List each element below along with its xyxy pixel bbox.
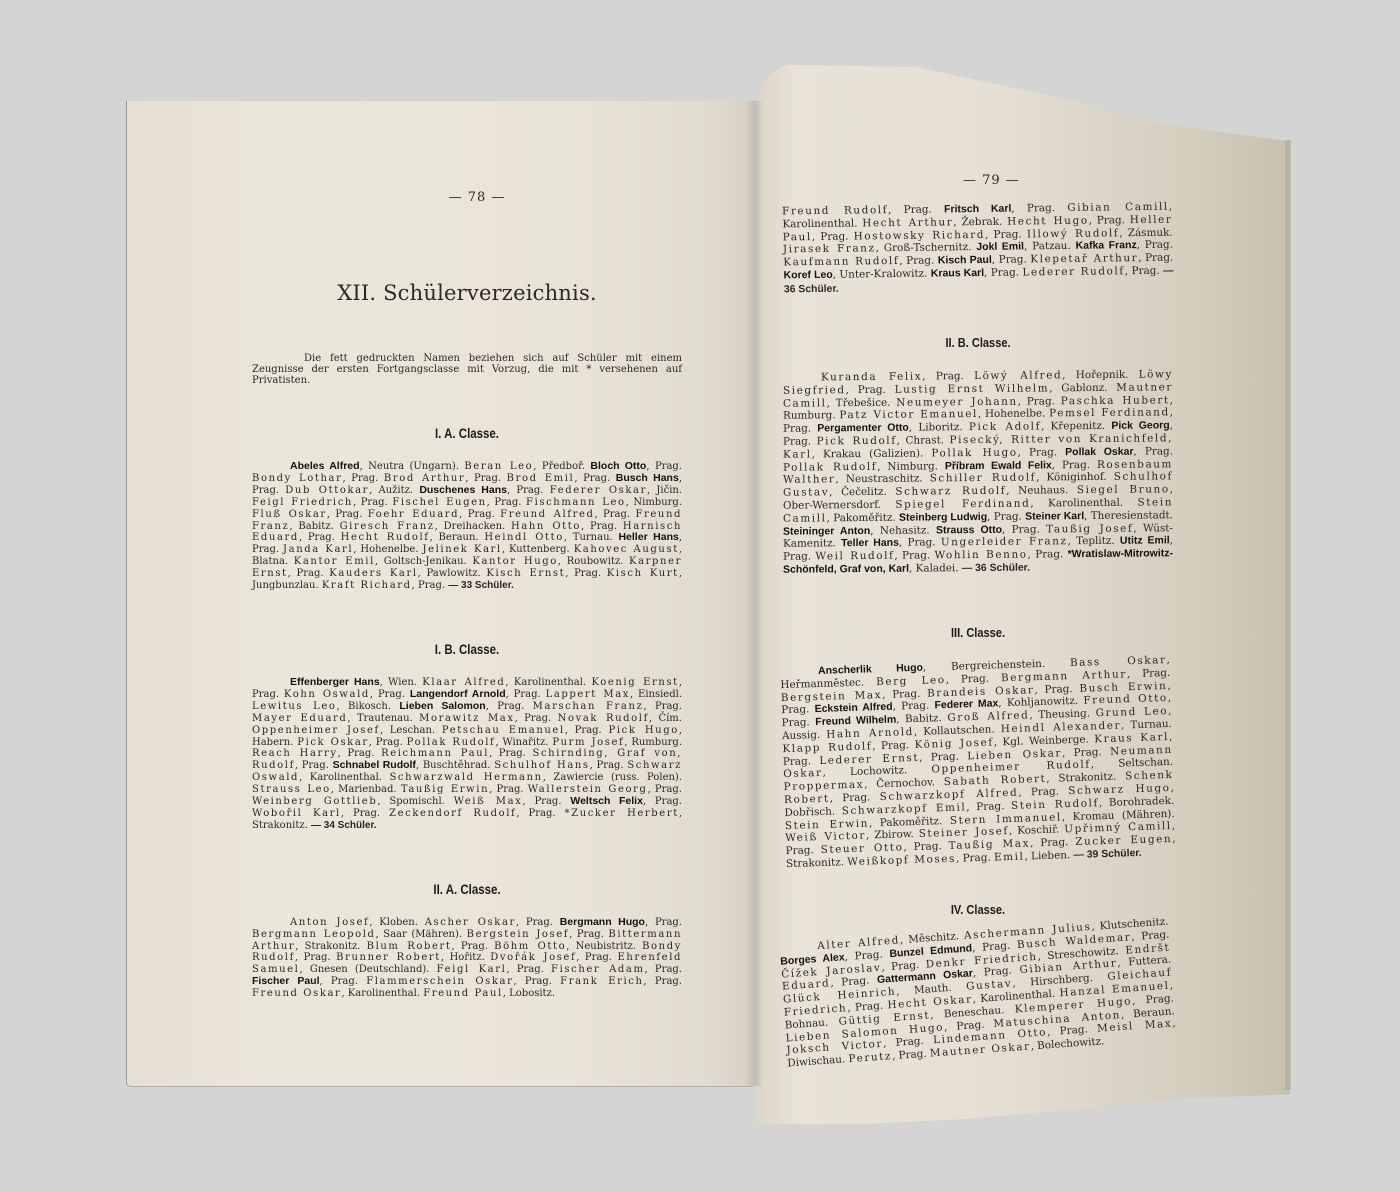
student-name: Dvořák Josef	[490, 952, 576, 963]
student-hometown: , Zbirow.	[866, 829, 919, 843]
student-roster: Kuranda Felix, Prag. Löwý Alfred, Hořepn…	[783, 368, 1173, 577]
student-hometown: , Prag.	[353, 497, 392, 508]
student-hometown: , Prag.	[643, 796, 682, 807]
student-hometown: , Prag.	[299, 532, 341, 543]
student-hometown: , Prag.	[452, 941, 495, 952]
student-name: Spiegel Ferdinand	[895, 497, 1030, 510]
student-name: Paschka Hubert	[1061, 393, 1170, 406]
student-hometown: , Liboritz.	[909, 421, 969, 434]
student-hometown: , Zawiercie (russ. Polen).	[543, 772, 682, 783]
student-name: Hecht Arthur	[862, 216, 953, 229]
student-name: Weißkopf Moses	[847, 853, 956, 868]
student-hometown: , Karolinenthal.	[505, 677, 591, 688]
student-hometown: , Prag.	[1030, 836, 1076, 849]
student-hometown: , Prag.	[892, 700, 934, 713]
student-name: Beran Leo	[464, 461, 533, 472]
student-hometown: , Prag.	[506, 689, 546, 700]
student-name: Bergmann Hugo	[560, 916, 645, 928]
student-hometown: , Prag.	[648, 784, 682, 795]
student-roster: Anscherlik Hugo, Bergreichenstein. Bass …	[780, 654, 1176, 872]
student-name: Schulhof Hans	[494, 760, 589, 771]
student-hometown: , Lobositz.	[503, 988, 555, 999]
student-hometown: , Prag.	[1018, 446, 1066, 458]
student-hometown: , Prag.	[956, 852, 994, 865]
student-name: Schiller Rudolf	[930, 471, 1036, 484]
student-hometown: , Prag.	[1002, 523, 1046, 535]
student-hometown: , Prag.	[899, 536, 941, 548]
student-hometown: , Prag.	[581, 521, 623, 532]
student-name: Weiß Max	[454, 796, 523, 807]
student-hometown: , Bikosch.	[336, 701, 399, 712]
student-name: Klaar Alfred	[422, 677, 505, 688]
student-name: Freund Oskar	[252, 988, 341, 999]
student-hometown: , Prag.	[489, 784, 528, 795]
class-heading: II. A. Classe.	[284, 882, 650, 897]
student-hometown: , Kaladei.	[909, 562, 962, 574]
student-name: Morawitz Max	[419, 713, 514, 724]
student-hometown: , Dreihacken.	[435, 521, 511, 532]
left-class-sections: I. A. Classe.Abeles Alfred, Neutra (Unga…	[252, 426, 682, 1000]
student-hometown: , Hohenelbe.	[978, 407, 1049, 420]
student-name: Koref Leo	[783, 269, 832, 282]
student-hometown: , Prag.	[489, 748, 533, 759]
student-name: Lappert Max	[546, 689, 630, 700]
student-name: Utitz Emil	[1120, 534, 1170, 546]
student-hometown: , Prag.	[892, 1048, 931, 1063]
student-hometown: , Leschan.	[380, 725, 442, 736]
student-name: Neumeyer Johann	[896, 395, 1017, 408]
student-hometown: , Teplitz.	[1068, 535, 1120, 547]
student-hometown: , Prag.	[1062, 746, 1111, 760]
student-hometown: , Prag.	[295, 760, 333, 771]
student-name: Pergamenter Otto	[817, 421, 909, 434]
student-hometown: , Prag.	[1125, 265, 1164, 277]
student-name: Strauss Leo	[252, 784, 331, 795]
student-hometown: , Prag.	[516, 808, 564, 819]
student-hometown: , Prag.	[1034, 683, 1079, 696]
student-name: Bloch Otto	[590, 460, 646, 472]
student-hometown: , Prag.	[987, 510, 1025, 522]
student-hometown: , Babitz.	[896, 712, 948, 726]
student-hometown: , Königinhof.	[1036, 471, 1114, 484]
student-hometown: , Prag.	[343, 473, 384, 484]
student-hometown: , Hořitz.	[441, 952, 490, 963]
student-hometown: , Prag.	[1134, 445, 1173, 457]
student-hometown: , Prag.	[945, 672, 1001, 686]
student-name: Pollak Oskar	[1065, 445, 1133, 458]
student-name: Strauss Otto	[936, 523, 1002, 536]
student-hometown: , Prag.	[513, 976, 560, 987]
student-hometown: , Kloben.	[369, 917, 424, 928]
student-name: Feigl Friedrich	[252, 497, 353, 508]
student-name: Pollak Rudolf	[783, 460, 877, 473]
student-name: Freund Paul	[423, 988, 503, 999]
student-name: Reach Harry	[252, 748, 338, 759]
student-hometown: , Saar (Mähren).	[376, 929, 467, 940]
class-total: — 33 Schüler.	[448, 580, 514, 591]
student-hometown: , Zásmuk.	[1119, 226, 1173, 239]
student-name: Emil	[994, 851, 1025, 864]
left-page-content: — 78 — XII. Schülerverzeichnis. Die fett…	[252, 190, 682, 1050]
student-hometown: , Prag.	[288, 568, 330, 579]
student-name: Heller Hans	[618, 531, 678, 543]
student-name: Brod Emil	[507, 473, 575, 484]
student-hometown: , Prag.	[295, 952, 336, 963]
student-hometown: , Goltsch-Jenikau.	[375, 556, 472, 567]
student-name: Flammerschein Oskar	[366, 976, 513, 987]
right-class-sections: Freund Rudolf, Prag. Fritsch Karl, Prag.…	[783, 203, 1173, 1057]
student-hometown: , Prag.	[644, 976, 682, 987]
student-hometown: , Prag.	[984, 266, 1023, 278]
student-hometown: , Prag.	[565, 725, 609, 736]
student-name: Brod Arthur	[384, 473, 465, 484]
student-hometown: , Nehasitz.	[870, 524, 936, 537]
student-name: Lieben Salomon	[399, 700, 485, 712]
student-name: Kraus Karl	[931, 267, 985, 280]
student-name: Kuranda Felix	[821, 370, 922, 383]
student-hometown: , Prag.	[872, 739, 915, 752]
student-hometown: , Prag.	[1138, 252, 1173, 264]
student-hometown: , Prag.	[992, 254, 1031, 266]
student-hometown: , Patzau.	[1024, 240, 1076, 253]
student-hometown: , Gnesen (Deutschland).	[299, 964, 436, 975]
student-hometown: , Prag.	[516, 917, 560, 928]
student-hometown: , Prag.	[412, 580, 449, 591]
student-hometown: , Neubistritz.	[566, 941, 642, 952]
student-hometown: , Pakoměřitz.	[827, 511, 899, 524]
student-hometown: , Prag.	[507, 485, 550, 496]
student-name: Pollak Hugo	[931, 446, 1017, 459]
class-total: — 34 Schüler.	[311, 820, 377, 831]
student-name: Petschau Emanuel	[442, 725, 565, 736]
student-name: Foehr Eduard	[368, 509, 459, 520]
student-name: Kisch Ernst	[486, 568, 565, 579]
student-name: Busch Hans	[616, 472, 679, 484]
student-hometown: , Koschiř.	[1009, 824, 1065, 838]
student-hometown: , Prag.	[590, 760, 628, 771]
student-hometown: , Buschtěhrad.	[416, 760, 494, 771]
student-name: Patz Victor Emanuel	[839, 408, 978, 421]
student-hometown: , Roubowitz.	[558, 556, 629, 567]
student-hometown: , Prag.	[522, 796, 570, 807]
page-number-right: — 79 —	[783, 173, 1173, 188]
student-hometown: , Pawlowitz.	[418, 568, 487, 579]
student-name: Giresch Franz	[340, 521, 435, 532]
student-hometown: , Prag.	[459, 509, 500, 520]
student-hometown: , Prag.	[338, 748, 382, 759]
student-name: Ungerleider Franz	[941, 535, 1068, 548]
student-hometown: , Karolinenthal.	[299, 772, 389, 783]
student-hometown: , Prag.	[919, 750, 968, 764]
student-hometown: , Rumburg.	[624, 737, 682, 748]
student-hometown: , Prag.	[465, 473, 506, 484]
student-roster: Effenberger Hans, Wien. Klaar Alfred, Ka…	[252, 677, 682, 832]
student-hometown: , Jičin.	[647, 485, 682, 496]
student-name: Wohlin Benno	[934, 548, 1027, 561]
student-name: Janda Karl	[283, 544, 353, 555]
student-name: Lederer Rudolf	[1022, 265, 1125, 278]
student-name: *Zucker Herbert	[565, 808, 679, 819]
student-name: Hostowsky Richard	[854, 229, 986, 243]
student-hometown: , Prag.	[643, 701, 682, 712]
student-hometown: , Prag.	[486, 701, 533, 712]
student-name: Siegel Bruno	[1077, 483, 1170, 496]
student-hometown: , Theresienstadt.	[1084, 509, 1173, 522]
student-name: Jelinek Karl	[422, 544, 501, 555]
student-roster: Anton Josef, Kloben. Ascher Oskar, Prag.…	[252, 917, 682, 1000]
class-heading: IV. Classe.	[812, 902, 1144, 917]
student-name: Jokl Emil	[976, 241, 1024, 254]
student-name: Taußig Josef	[1046, 522, 1133, 535]
student-name: Fischel Eugen	[392, 497, 486, 508]
student-name: Wobořil Karl	[252, 808, 341, 819]
student-name: Novak Rudolf	[558, 713, 649, 724]
student-name: Effenberger Hans	[290, 676, 380, 688]
student-name: Federer Oskar	[550, 485, 647, 496]
student-hometown: , Prag.	[645, 917, 682, 928]
student-name: Bergstein Josef	[467, 929, 569, 940]
student-name: Fischer Paul	[252, 975, 320, 987]
student-hometown: , Prag.	[922, 370, 974, 382]
student-hometown: , Předboř.	[533, 461, 590, 472]
class-heading: II. B. Classe.	[812, 335, 1144, 350]
student-hometown: , Prag.	[320, 976, 367, 987]
student-hometown: , Kuttenberg.	[502, 544, 574, 555]
student-hometown: , Strakonitz.	[295, 941, 366, 952]
student-hometown: , Prag.	[646, 461, 682, 472]
student-name: Teller Hans	[841, 537, 899, 550]
student-hometown: , Spomischl.	[377, 796, 453, 807]
class-heading: I. B. Classe.	[284, 642, 650, 657]
student-name: Blum Robert	[367, 941, 452, 952]
student-name: Hahn Otto	[511, 521, 581, 532]
student-name: Brunner Robert	[336, 952, 441, 963]
student-hometown: , Prag.	[369, 737, 407, 748]
student-name: Pick Rudolf	[817, 434, 897, 447]
student-name: Zucker Eugen	[1075, 833, 1172, 848]
student-hometown: , Prag.	[1127, 667, 1171, 680]
student-name: Illowý Rudolf	[1027, 227, 1120, 240]
student-name: Steininger Anton	[783, 524, 870, 537]
student-hometown: , Unter-Kralowitz.	[833, 268, 931, 281]
student-hometown: , Křepenitz.	[1041, 420, 1111, 433]
student-name: Lustig Ernst Wilhelm	[895, 382, 1050, 395]
student-name: Schnabel Rudolf	[333, 759, 416, 771]
student-name: Zeckendorf Rudolf	[389, 808, 516, 819]
student-name: Fritsch Karl	[944, 203, 1012, 216]
page-title: XII. Schülerverzeichnis.	[252, 281, 682, 305]
student-hometown: , Prag.	[569, 929, 608, 940]
student-name: Kauders Karl	[329, 568, 417, 579]
student-name: Kohn Oswald	[284, 689, 370, 700]
student-name: Steinberg Ludwig	[899, 510, 987, 523]
student-hometown: , Prag.	[812, 230, 854, 243]
student-hometown: , Prag.	[882, 687, 927, 700]
student-name: Kisch Paul	[938, 254, 992, 267]
student-name: Jirasek Franz	[783, 243, 876, 256]
student-name: Gibian Camill	[1067, 201, 1169, 214]
student-hometown: , Prag.	[1018, 394, 1061, 406]
student-name: Löwý Alfred	[974, 369, 1062, 382]
student-hometown: , Prag.	[829, 791, 879, 805]
student-hometown: , Hořepnik.	[1062, 368, 1138, 381]
student-name: Bergmann Leopold	[252, 929, 376, 940]
student-name: Pick Georg	[1111, 419, 1169, 432]
page-edge-shadow	[1285, 140, 1291, 1090]
student-name: Weil Rudolf	[815, 549, 894, 562]
student-hometown: , Neutra (Ungarn).	[360, 461, 465, 472]
student-hometown: , Babitz.	[289, 521, 339, 532]
student-hometown: , Groß-Tschernitz.	[875, 241, 976, 254]
student-name: Pick Adolf	[969, 420, 1041, 433]
student-name: Kraft Richard	[322, 580, 412, 591]
student-hometown: , Turnau.	[564, 532, 619, 543]
student-hometown: , Prag.	[594, 509, 635, 520]
student-name: Kaufmann Rudolf	[783, 255, 899, 268]
student-name: Ascher Oskar	[425, 917, 516, 928]
student-name: Abeles Alfred	[290, 460, 360, 472]
student-hometown: , Prag.	[576, 952, 617, 963]
student-hometown: , Trautenau.	[347, 713, 419, 724]
student-hometown: , Prag.	[574, 473, 615, 484]
student-hometown: , Prag.	[1052, 458, 1097, 470]
student-hometown: , Nimburg.	[877, 459, 945, 472]
student-hometown: , Prag.	[370, 689, 410, 700]
student-name: Wallerstein Georg	[528, 784, 648, 795]
student-name: Oppenheimer Josef	[252, 725, 380, 736]
student-hometown: , Prag.	[515, 713, 558, 724]
student-name: Duschenes Hans	[419, 484, 507, 496]
student-hometown: , Neuhaus.	[1006, 484, 1077, 497]
student-name: Lewitus Leo	[252, 701, 336, 712]
student-hometown: , Hohenelbe.	[353, 544, 422, 555]
student-hometown: , Prag.	[1028, 548, 1068, 560]
student-hometown: , Karolinenthal.	[341, 988, 423, 999]
student-name: Purm Josef	[552, 737, 624, 748]
student-hometown: , Prag.	[903, 840, 949, 853]
student-name: Kisch Kurt	[607, 568, 679, 579]
student-name: Kafka Franz	[1075, 239, 1136, 252]
student-hometown: , Prag.	[565, 568, 607, 579]
class-total: — 39 Schüler.	[1073, 848, 1141, 861]
student-name: Feigl Karl	[437, 964, 507, 975]
page-number-left: — 78 —	[272, 190, 682, 205]
student-roster: Alter Alfred, Měschitz. Aschermann Juliu…	[779, 916, 1177, 1071]
student-name: Frank Erich	[560, 976, 643, 987]
student-hometown: , Winařitz.	[495, 737, 552, 748]
student-name: Schwarz Rudolf	[895, 485, 1006, 498]
student-roster: Freund Rudolf, Prag. Fritsch Karl, Prag.…	[782, 201, 1174, 297]
student-hometown: , Prag.	[327, 509, 368, 520]
student-name: Pick Oskar	[297, 737, 369, 748]
student-name: Bondy Lothar	[252, 473, 343, 484]
student-hometown: , Nimburg.	[626, 497, 682, 508]
student-hometown: , Prag.	[985, 228, 1027, 241]
student-hometown: , Prag.	[1018, 785, 1068, 799]
student-name: Kantor Emil	[294, 556, 375, 567]
class-total: — 36 Schüler.	[962, 562, 1030, 574]
student-name: Fluß Oskar	[252, 509, 327, 520]
student-name: Klepetař Arthur	[1030, 252, 1138, 265]
student-hometown: , Turnau.	[1121, 718, 1172, 732]
student-name: Böhm Otto	[494, 941, 566, 952]
student-name: Perutz	[848, 1050, 892, 1065]
student-name: Koenig Ernst	[591, 677, 678, 688]
student-name: Příbram Ewald Felix	[945, 459, 1052, 472]
student-hometown: , Neustraschitz.	[835, 472, 929, 485]
student-name: Hecht Hugo	[1007, 214, 1089, 227]
student-name: Mayer Eduard	[252, 713, 347, 724]
student-hometown: , Prag.	[341, 808, 389, 819]
student-name: Taußig Erwin	[401, 784, 489, 795]
student-hometown: , Marienbad.	[331, 784, 401, 795]
student-hometown: , Prag.	[894, 549, 934, 561]
student-name: Kantor Hugo	[472, 556, 558, 567]
student-name: Schwarzwald Hermann	[389, 772, 542, 783]
student-hometown: , Žebrak.	[953, 215, 1007, 228]
student-hometown: , Třebešice.	[827, 396, 897, 409]
student-hometown: , Prag.	[1088, 214, 1129, 227]
intro-paragraph: Die fett gedruckten Namen beziehen sich …	[252, 353, 682, 386]
student-hometown: , Krakau (Galizien).	[812, 447, 932, 460]
student-name: Pollak Rudolf	[407, 737, 496, 748]
student-name: Freund Alfred	[500, 509, 594, 520]
student-name: Reichmann Paul	[381, 748, 489, 759]
student-hometown: , Čečelitz.	[829, 485, 895, 498]
student-name: Langendorf Arnold	[410, 688, 506, 700]
student-hometown: , Prag.	[888, 203, 944, 216]
class-heading: I. A. Classe.	[284, 426, 650, 441]
student-hometown: , Prag.	[899, 255, 938, 267]
student-name: Fischmann Leo	[526, 497, 626, 508]
student-hometown: , Karolinenthal.	[1030, 496, 1137, 509]
student-hometown: , Prag.	[966, 800, 1011, 813]
student-hometown: , Prag.	[1011, 202, 1067, 215]
student-name: Freund Rudolf	[782, 204, 888, 217]
student-name: Steiner Karl	[1025, 509, 1084, 522]
student-hometown: , Lieben.	[1024, 849, 1073, 863]
class-heading: III. Classe.	[812, 625, 1144, 640]
book-gutter	[745, 101, 763, 1086]
student-name: Kahovec August	[574, 544, 679, 555]
student-hometown: , Prag.	[506, 964, 551, 975]
right-page-content: — 79 — Freund Rudolf, Prag. Fritsch Karl…	[783, 173, 1173, 1107]
student-name: Hecht Rudolf	[341, 532, 430, 543]
student-roster: Abeles Alfred, Neutra (Ungarn). Beran Le…	[252, 461, 682, 592]
student-hometown: , Prag.	[1137, 239, 1174, 251]
student-name: Weinberg Gottlieb	[252, 796, 377, 807]
student-name: Heindl Otto	[484, 532, 564, 543]
student-name: Anton Josef	[290, 917, 369, 928]
student-hometown: , Prag.	[487, 497, 526, 508]
student-hometown: , Prag.	[645, 964, 682, 975]
student-name: Dub Ottokar	[285, 485, 369, 496]
student-hometown: , Prag.	[846, 383, 895, 395]
student-hometown: , Gablonz.	[1049, 381, 1116, 394]
student-hometown: , Chrast.	[897, 434, 950, 446]
student-name: Weltsch Felix	[570, 795, 643, 807]
student-hometown: , Wien.	[380, 677, 423, 688]
student-name: Pick Hugo	[609, 725, 679, 736]
student-hometown: , Čím.	[649, 713, 682, 724]
student-name: Fischer Adam	[551, 964, 645, 975]
student-name: Marschan Franz	[533, 701, 644, 712]
student-hometown: , Aužitz.	[369, 485, 419, 496]
student-hometown: , Beraun.	[430, 532, 485, 543]
student-hometown: , Einsiedl.	[630, 689, 682, 700]
student-name: Pemsel Ferdinand	[1049, 406, 1170, 419]
